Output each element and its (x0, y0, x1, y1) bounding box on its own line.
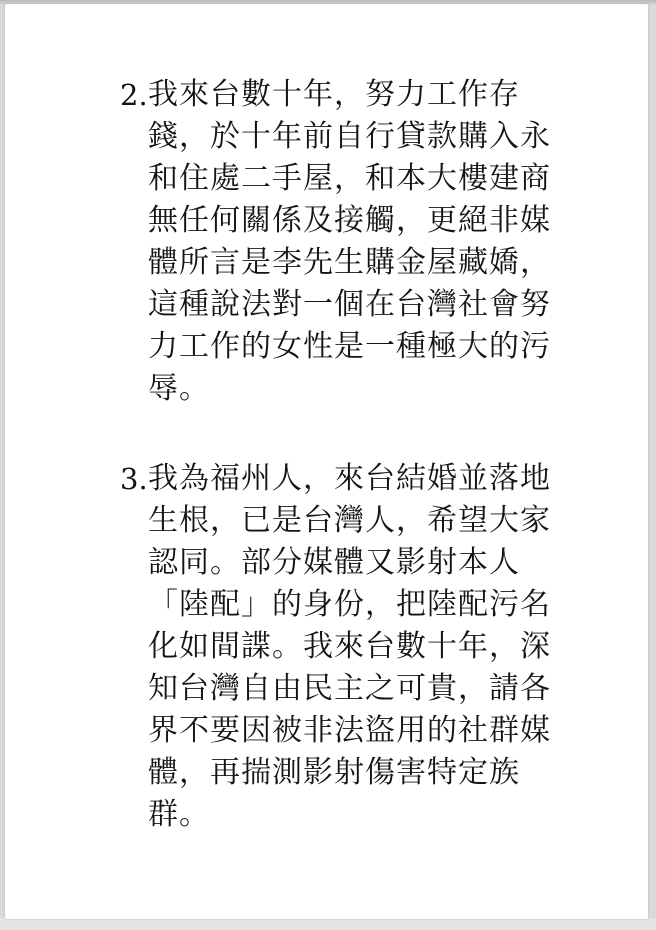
photo-bottom-edge (0, 918, 656, 930)
list-item-2: 2. 我來台數十年，努力工作存 錢，於十年前自行貸款購入永 和住處二手屋，和本大… (5, 74, 648, 410)
list-item-text: 我為福州人，來台結婚並落地 生根，已是台灣人，希望大家 認同。部分媒體又影射本人… (148, 458, 578, 836)
document-content: 2. 我來台數十年，努力工作存 錢，於十年前自行貸款購入永 和住處二手屋，和本大… (5, 74, 648, 836)
list-item-text: 我來台數十年，努力工作存 錢，於十年前自行貸款購入永 和住處二手屋，和本大樓建商… (148, 74, 578, 410)
list-item-number: 2. (120, 74, 160, 116)
list-item-number: 3. (120, 458, 160, 500)
document-page: 2. 我來台數十年，努力工作存 錢，於十年前自行貸款購入永 和住處二手屋，和本大… (5, 4, 648, 919)
list-item-3: 3. 我為福州人，來台結婚並落地 生根，已是台灣人，希望大家 認同。部分媒體又影… (5, 458, 648, 836)
